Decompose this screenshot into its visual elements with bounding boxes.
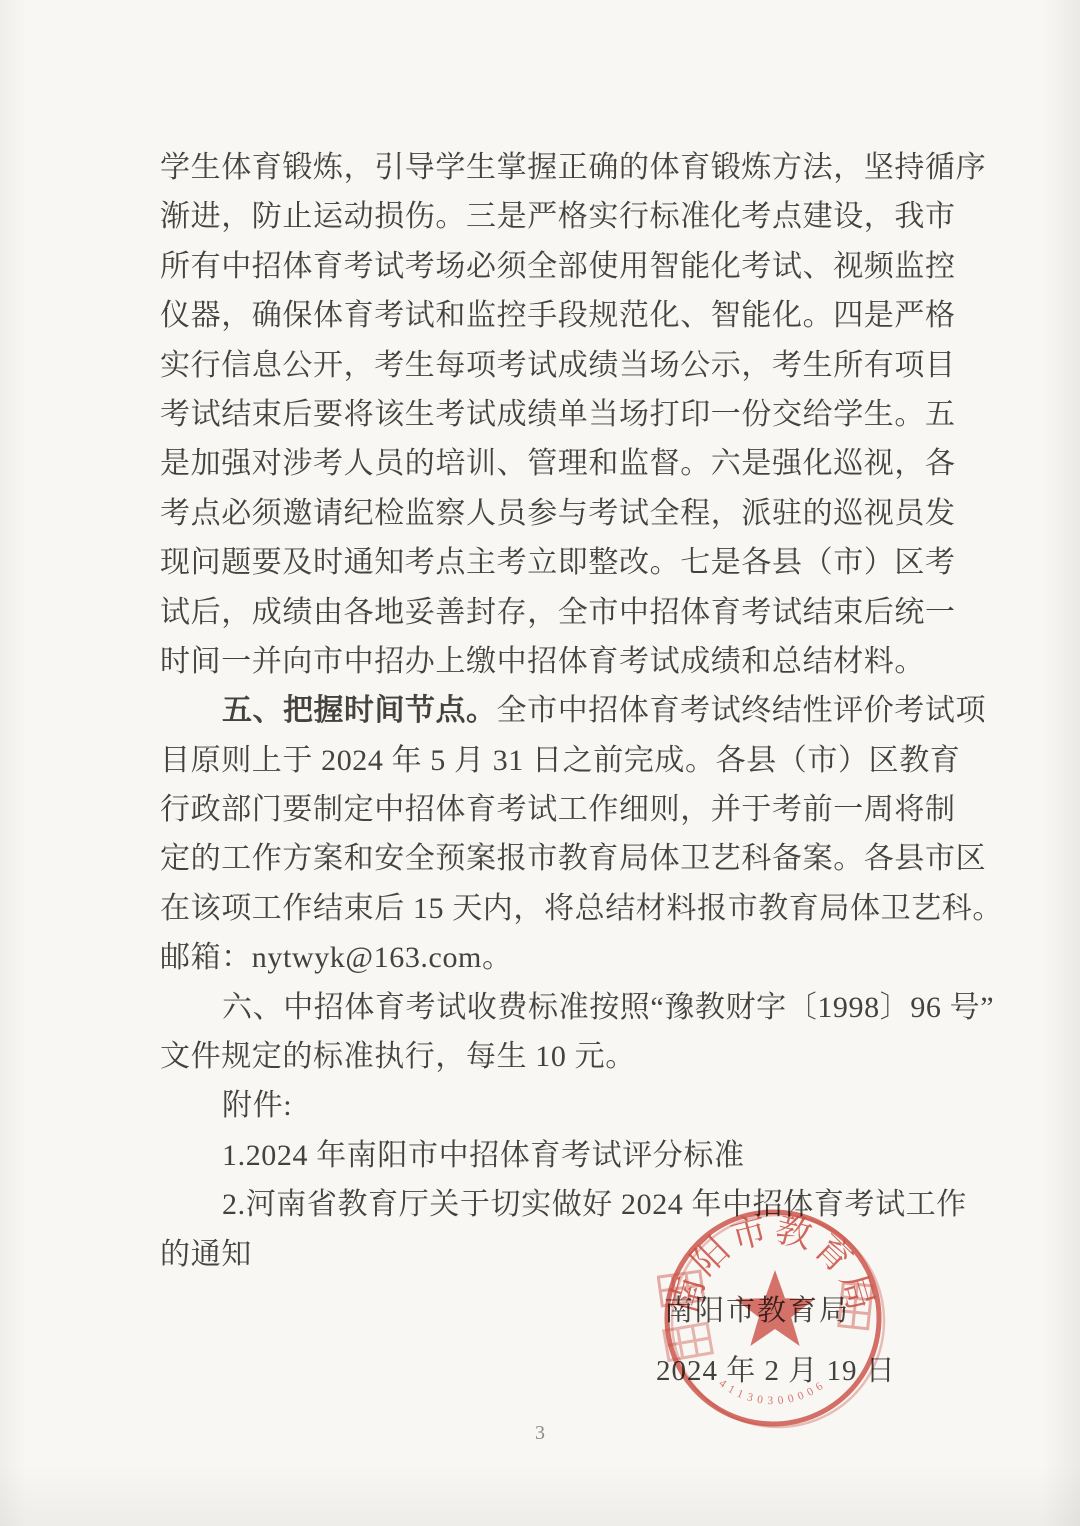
page-number: 3: [0, 1422, 1080, 1445]
text-line: 在该项工作结束后 15 天内，将总结材料报市教育局体卫艺科。: [160, 884, 924, 933]
text-line: 时间一并向市中招办上缴中招体育考试成绩和总结材料。: [160, 637, 924, 686]
text-line: 行政部门要制定中招体育考试工作细则，并于考前一周将制: [160, 785, 924, 834]
text-line: 所有中招体育考试考场必须全部使用智能化考试、视频监控: [160, 242, 924, 291]
text-run: 全市中招体育考试终结性评价考试项: [497, 694, 987, 727]
scanned-document-page: { "page": { "number": "3" }, "doc": { "l…: [0, 0, 1080, 1526]
text-line: 目原则上于 2024 年 5 月 31 日之前完成。各县（市）区教育: [160, 736, 924, 785]
text-line: 五、把握时间节点。全市中招体育考试终结性评价考试项: [160, 686, 924, 735]
section-heading: 五、把握时间节点。: [222, 694, 497, 727]
text-line: 考试结束后要将该生考试成绩单当场打印一份交给学生。五: [160, 390, 924, 439]
attachment-item: 2.河南省教育厅关于切实做好 2024 年中招体育考试工作: [160, 1180, 924, 1229]
text-line: 仪器，确保体育考试和监控手段规范化、智能化。四是严格: [160, 291, 924, 340]
text-line: 六、中招体育考试收费标准按照“豫教财字〔1998〕96 号”: [160, 983, 924, 1032]
signature-date: 2024 年 2 月 19 日: [656, 1348, 896, 1394]
attachments-label: 附件:: [160, 1081, 924, 1130]
text-line: 文件规定的标准执行，每生 10 元。: [160, 1032, 924, 1081]
text-line: 定的工作方案和安全预案报市教育局体卫艺科备案。各县市区: [160, 834, 924, 883]
text-line: 考点必须邀请纪检监察人员参与考试全程，派驻的巡视员发: [160, 489, 924, 538]
text-line: 学生体育锻炼，引导学生掌握正确的体育锻炼方法，坚持循序: [160, 143, 924, 192]
signature-org: 南阳市教育局: [664, 1288, 854, 1334]
text-line: 实行信息公开，考生每项考试成绩当场公示，考生所有项目: [160, 341, 924, 390]
text-line: 是加强对涉考人员的培训、管理和监督。六是强化巡视，各: [160, 439, 924, 488]
text-line: 现问题要及时通知考点主考立即整改。七是各县（市）区考: [160, 538, 924, 587]
text-line: 试后，成绩由各地妥善封存，全市中招体育考试结束后统一: [160, 588, 924, 637]
attachment-item: 1.2024 年南阳市中招体育考试评分标准: [160, 1131, 924, 1180]
email-line: 邮箱：nytwyk@163.com。: [160, 933, 924, 982]
attachment-item-continued: 的通知: [160, 1230, 924, 1279]
document-body: 学生体育锻炼，引导学生掌握正确的体育锻炼方法，坚持循序 渐进，防止运动损伤。三是…: [160, 143, 924, 1279]
text-line: 渐进，防止运动损伤。三是严格实行标准化考点建设，我市: [160, 192, 924, 241]
